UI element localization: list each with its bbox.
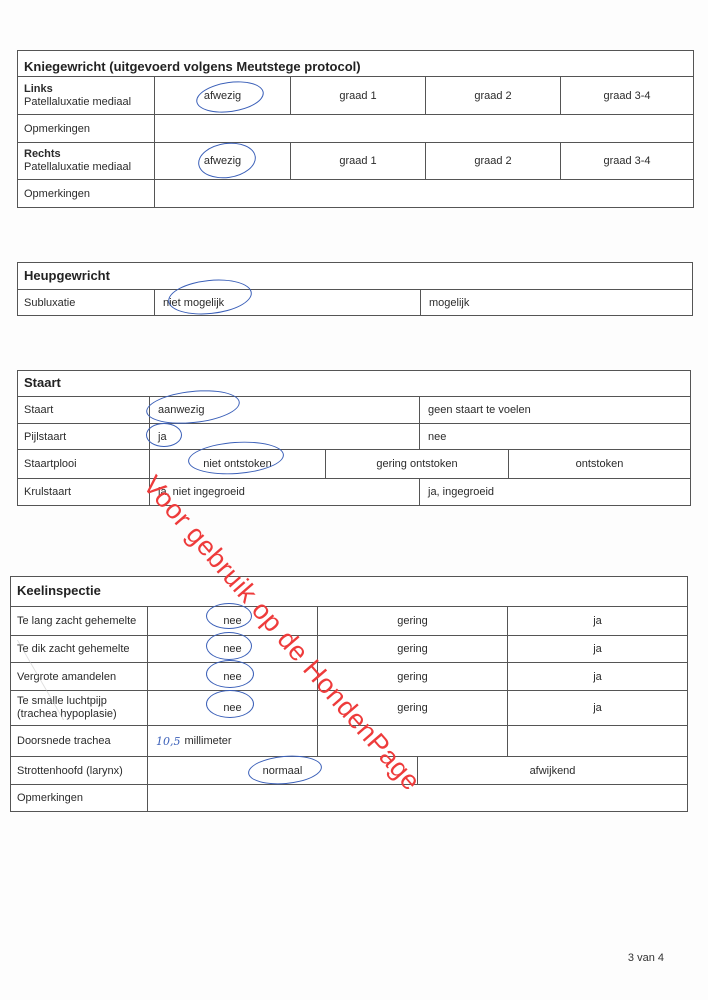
option-graad34-left[interactable]: graad 3-4 [560,77,693,114]
tail-title: Staart [24,375,61,390]
tail-pijlstaart-row: Pijlstaart ja nee [18,423,690,449]
knee-title: Kniegewricht (uitgevoerd volgens Meutste… [24,59,361,74]
option-gering[interactable]: gering [317,607,507,635]
option-graad2-left[interactable]: graad 2 [425,77,560,114]
option-afwezig-right[interactable]: afwezig [154,143,290,179]
row-label: Strottenhoofd (larynx) [11,757,147,784]
option-graad34-right[interactable]: graad 3-4 [560,143,693,179]
option-niet-mogelijk[interactable]: niet mogelijk [154,290,420,315]
remarks-field-throat[interactable] [147,785,687,811]
row-label: Patellaluxatie mediaal [24,96,131,108]
tail-krulstaart-row: Krulstaart ja, niet ingegroeid ja, ingeg… [18,478,690,505]
option-nee[interactable]: nee [147,636,317,662]
option-nee[interactable]: nee [147,691,317,725]
option-ja[interactable]: ja [149,424,419,449]
empty-cell [317,726,507,756]
throat-larynx-row: Strottenhoofd (larynx) normaal afwijkend [11,756,687,784]
side-label-left: Links [24,83,131,96]
knee-right-label: RechtsPatellaluxatie mediaal [18,143,154,179]
tail-staartplooi-row: Staartplooi niet ontstoken gering ontsto… [18,449,690,478]
row-label: Te lang zacht gehemelte [11,607,147,635]
knee-right-remarks-row: Opmerkingen [18,179,693,207]
option-gering[interactable]: gering [317,663,507,690]
throat-trachea-row: Doorsnede trachea 10,5 millimeter [11,725,687,756]
option-graad1-left[interactable]: graad 1 [290,77,425,114]
option-aanwezig[interactable]: aanwezig [149,397,419,423]
option-normaal[interactable]: normaal [147,757,417,784]
option-nee[interactable]: nee [147,607,317,635]
option-graad2-right[interactable]: graad 2 [425,143,560,179]
throat-row-2: Te dik zacht gehemelte nee gering ja [11,635,687,662]
option-ja[interactable]: ja [507,636,687,662]
option-gering[interactable]: gering [317,636,507,662]
remarks-field-left[interactable] [154,115,693,142]
knee-left-row: LinksPatellaluxatie mediaal afwezig graa… [18,76,693,114]
hip-title: Heupgewricht [24,268,110,283]
throat-section: Keelinspectie Te lang zacht gehemelte ne… [10,576,688,812]
row-label: Patellaluxatie mediaal [24,161,131,173]
tail-staart-row: Staart aanwezig geen staart te voelen [18,396,690,423]
knee-left-label: LinksPatellaluxatie mediaal [18,77,154,114]
throat-row-4: Te smalle luchtpijp(trachea hypoplasie) … [11,690,687,725]
row-label: Staartplooi [18,450,149,478]
option-nee[interactable]: nee [147,663,317,690]
option-niet-ontstoken[interactable]: niet ontstoken [149,450,325,478]
trachea-value: 10,5 [156,735,181,748]
remarks-label: Opmerkingen [11,785,147,811]
option-ontstoken[interactable]: ontstoken [508,450,690,478]
option-ja-ingegroeid[interactable]: ja, ingegroeid [419,479,690,505]
hip-section: Heupgewricht Subluxatie niet mogelijk mo… [17,262,693,316]
throat-remarks-row: Opmerkingen [11,784,687,811]
row-label: Krulstaart [18,479,149,505]
option-ja[interactable]: ja [507,607,687,635]
option-ja[interactable]: ja [507,663,687,690]
tail-section: Staart Staart aanwezig geen staart te vo… [17,370,691,506]
option-afwezig-left[interactable]: afwezig [154,77,290,114]
row-label: Staart [18,397,149,423]
throat-title: Keelinspectie [17,583,101,598]
option-mogelijk[interactable]: mogelijk [420,290,692,315]
side-label-right: Rechts [24,148,131,161]
option-afwijkend[interactable]: afwijkend [417,757,687,784]
trachea-unit: millimeter [185,735,232,747]
option-gering[interactable]: gering [317,691,507,725]
trachea-diameter-field[interactable]: 10,5 millimeter [147,726,317,756]
knee-left-remarks-row: Opmerkingen [18,114,693,142]
option-graad1-right[interactable]: graad 1 [290,143,425,179]
knee-right-row: RechtsPatellaluxatie mediaal afwezig gra… [18,142,693,179]
empty-cell [507,726,687,756]
option-gering-ontstoken[interactable]: gering ontstoken [325,450,508,478]
option-ja-niet-ingegroeid[interactable]: ja, niet ingegroeid [149,479,419,505]
row-label: Te dik zacht gehemelte [11,636,147,662]
option-nee[interactable]: nee [419,424,690,449]
remarks-label: Opmerkingen [18,115,154,142]
row-label: Pijlstaart [18,424,149,449]
option-geen-staart[interactable]: geen staart te voelen [419,397,690,423]
knee-section: Kniegewricht (uitgevoerd volgens Meutste… [17,50,694,208]
row-label: Subluxatie [18,290,154,315]
row-label: Doorsnede trachea [11,726,147,756]
throat-row-1: Te lang zacht gehemelte nee gering ja [11,606,687,635]
option-ja[interactable]: ja [507,691,687,725]
remarks-label: Opmerkingen [18,180,154,207]
remarks-field-right[interactable] [154,180,693,207]
hip-subluxatie-row: Subluxatie niet mogelijk mogelijk [18,289,692,315]
throat-row-3: Vergrote amandelen nee gering ja [11,662,687,690]
page-number: 3 van 4 [628,952,664,964]
